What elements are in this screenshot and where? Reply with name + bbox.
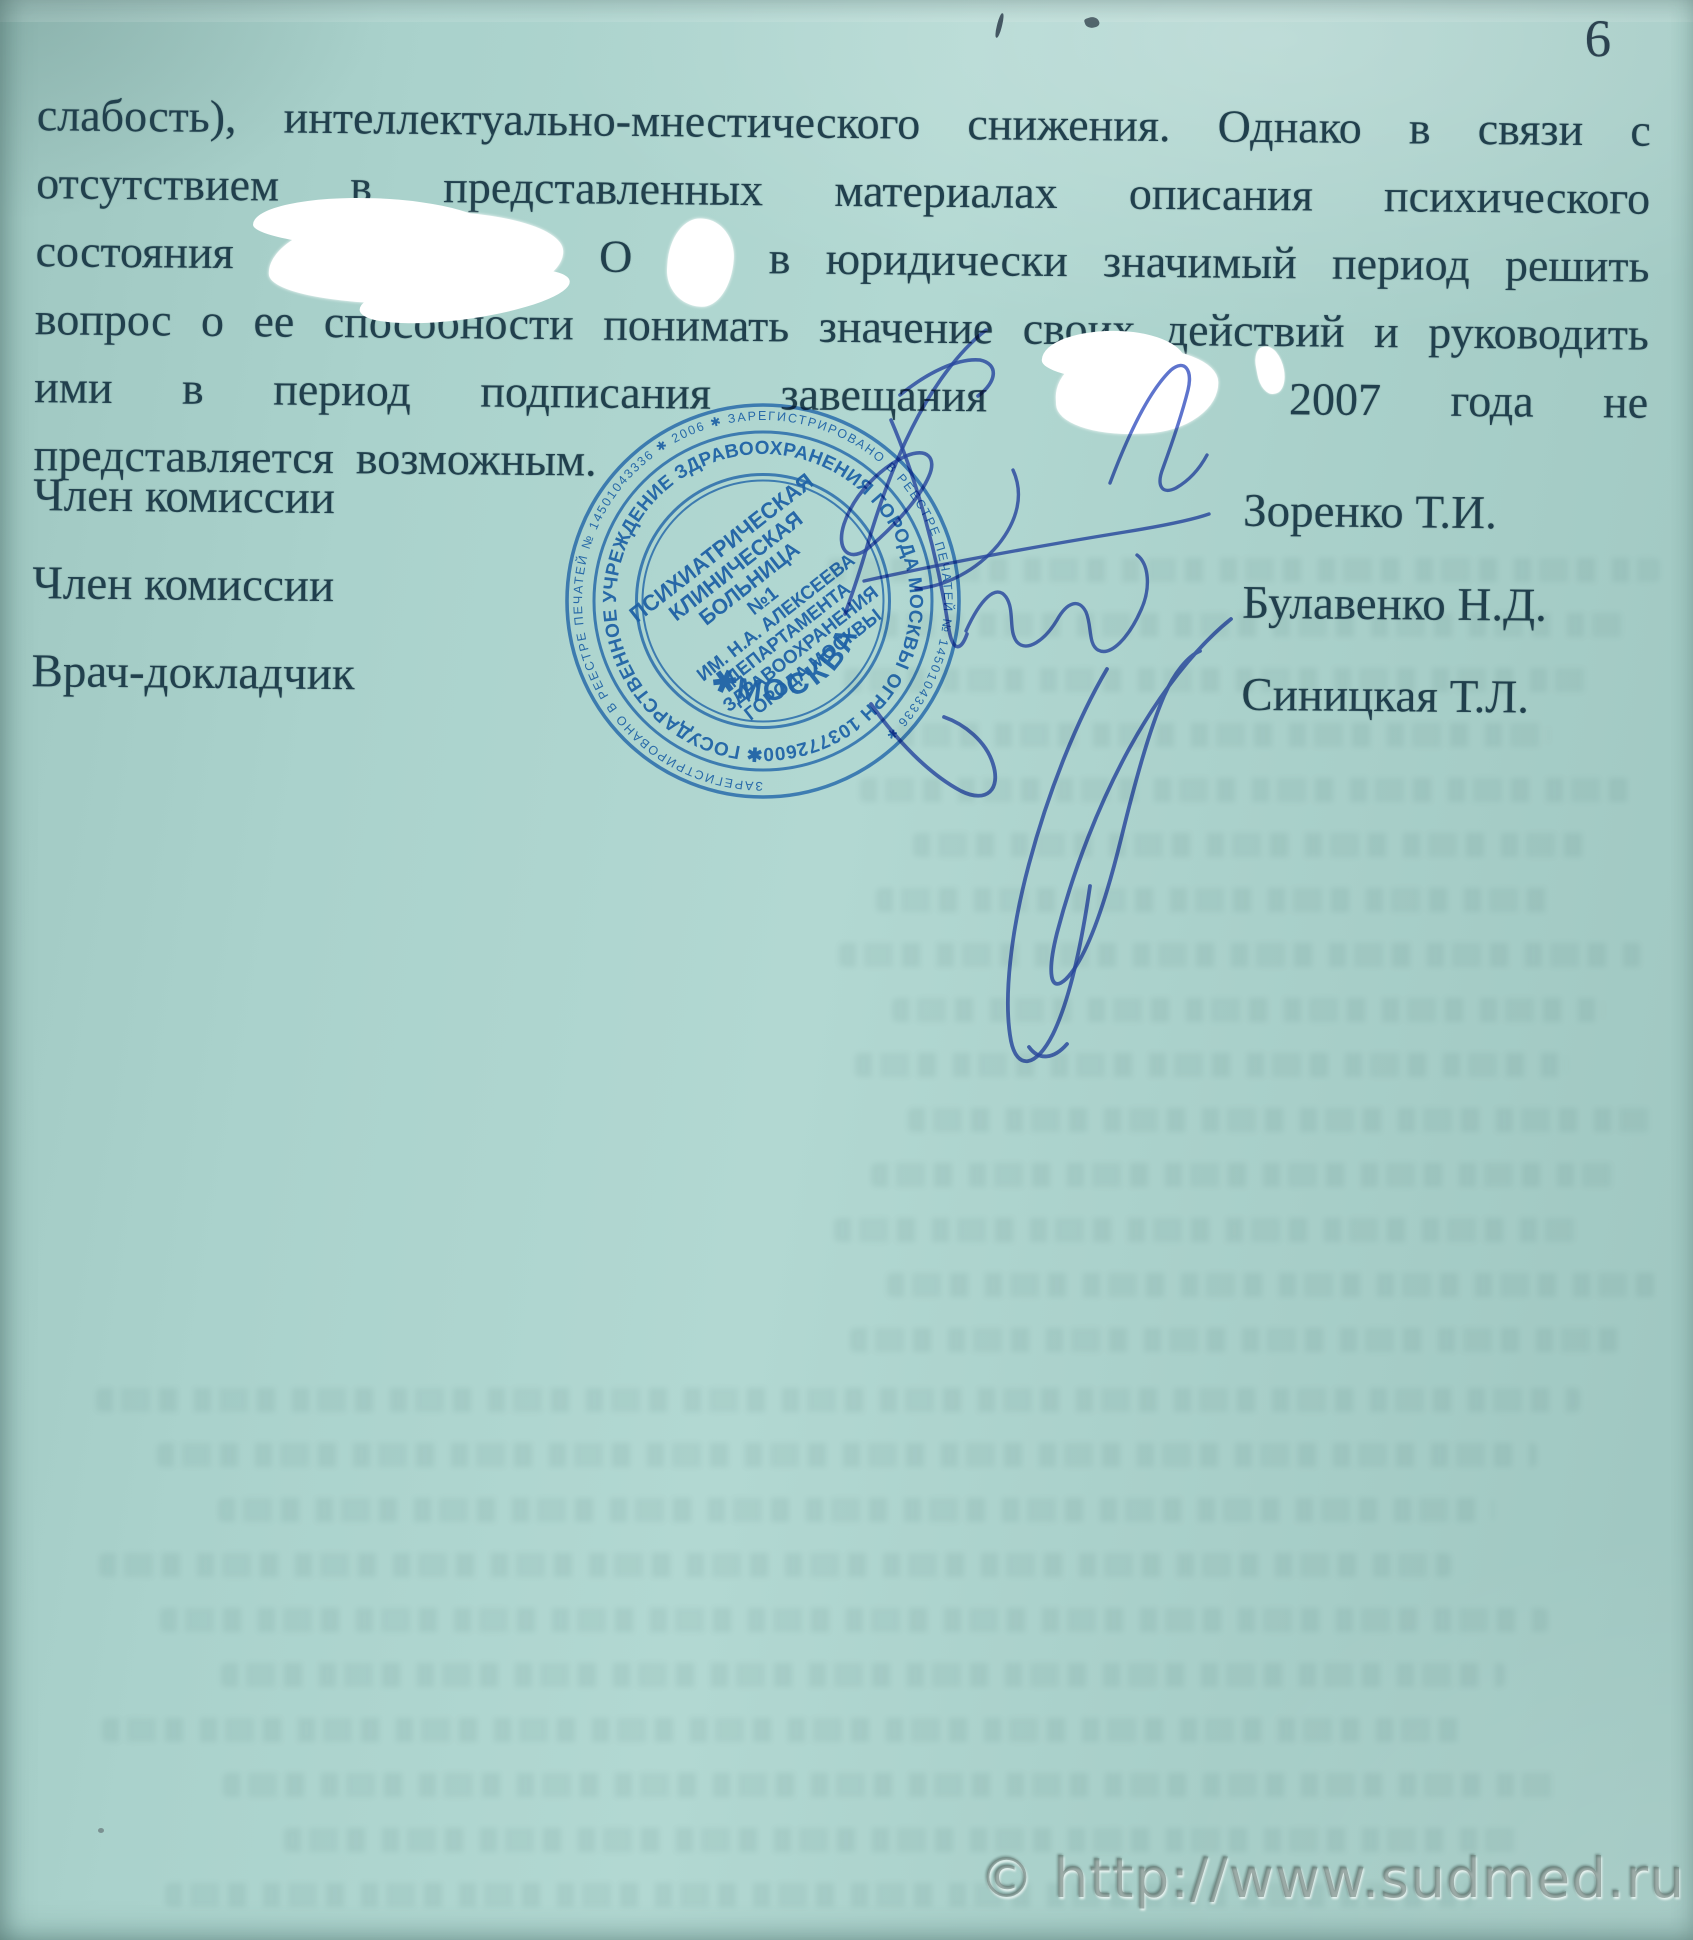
signature-stroke-member1	[841, 330, 993, 647]
watermark-url: © http://www.sudmed.ru	[979, 1846, 1685, 1910]
signature-stroke-reporter	[871, 619, 1231, 1061]
scanned-document-page: 6 слабость),интеллектуально-мнестическог…	[0, 0, 1693, 1940]
signature-stroke-member2	[864, 365, 1209, 651]
signature-ink	[0, 0, 1693, 1940]
